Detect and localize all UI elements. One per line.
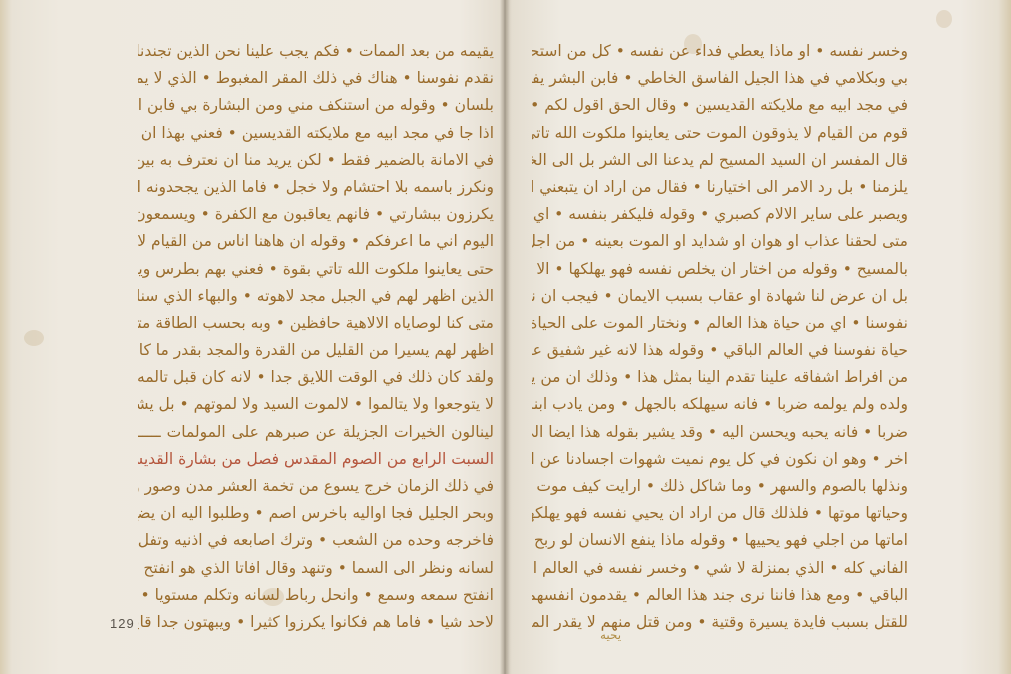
text-line: ويصبر على ساير الالام كصبري • وقوله فليك… (532, 201, 908, 228)
left-page-text: يقيمه من بعد الممات • فكم يجب علينا نحن … (138, 38, 494, 636)
text-line: اظهر لهم يسيرا من القليل من القدرة والمج… (138, 337, 494, 364)
text-line: الفاني كله • الذي بمنزلة لا شي • وخسر نف… (532, 555, 908, 582)
text-line: نفوسنا • اي من حياة هذا العالم • ونختار … (532, 310, 908, 337)
text-line: وخسر نفسه • او ماذا يعطي فداء عن نفسه • … (532, 38, 908, 65)
catchword: يحيه (600, 628, 621, 642)
text-line: فاخرجه وحده من الشعب • وترك اصابعه في اذ… (138, 527, 494, 554)
text-line: نقدم نفوسنا • هناك في ذلك المقر المغبوط … (138, 65, 494, 92)
text-line: انفتح سمعه وسمع • وانحل رباط لسانه وتكلم… (138, 582, 494, 609)
text-line: في الامانة بالضمير فقط • لكن يريد منا ان… (138, 147, 494, 174)
text-line: ونذلها بالصوم والسهر • وما شاكل ذلك • ار… (532, 473, 908, 500)
text-line: بلسان • وقوله من استنكف مني ومن البشارة … (138, 92, 494, 119)
text-line: اخر • وهو ان نكون في كل يوم نميت شهوات ا… (532, 446, 908, 473)
text-line: لسانه ونظر الى السما • وتنهد وقال افاتا … (138, 555, 494, 582)
text-line: ونكرز باسمه بلا احتشام ولا خجل • فاما ال… (138, 174, 494, 201)
text-line: متى كنا لوصاياه الالاهية حافظين • وبه بح… (138, 310, 494, 337)
text-line: وبحر الجليل فجا اواليه باخرس اصم • وطلبو… (138, 500, 494, 527)
right-page-text: وخسر نفسه • او ماذا يعطي فداء عن نفسه • … (532, 38, 908, 636)
text-line: لينالون الخيرات الجزيلة عن صبرهم على الم… (138, 419, 494, 446)
text-line: ولده ولم يولمه ضربا • فانه سيهلكه بالجهل… (532, 391, 908, 418)
text-line: الذين اظهر لهم في الجبل مجد لاهوته • وال… (138, 283, 494, 310)
text-line: اذا جا في مجد ابيه مع ملايكته القديسين •… (138, 120, 494, 147)
left-page: يقيمه من بعد الممات • فكم يجب علينا نحن … (0, 0, 505, 674)
text-line: قوم من القيام لا يذوقون الموت حتى يعاينو… (532, 120, 908, 147)
text-line: وحياتها موتها • فلذلك قال من اراد ان يحي… (532, 500, 908, 527)
text-line: ضربا • فانه يحبه ويحسن اليه • وقد يشير ب… (532, 419, 908, 446)
text-line: في ذلك الزمان خرج يسوع من تخمة العشر مدن… (138, 473, 494, 500)
text-line: اماتها من اجلي فهو يحييها • وقوله ماذا ي… (532, 527, 908, 554)
text-line: في مجد ابيه مع ملايكته القديسين • وقال ا… (532, 92, 908, 119)
text-line: حياة نفوسنا في العالم الباقي • وقوله هذا… (532, 337, 908, 364)
text-line: بل ان عرض لنا شهادة او عقاب بسبب الايمان… (532, 283, 908, 310)
rubric-heading: السبت الرابع من الصوم المقدس فصل من بشار… (138, 446, 494, 473)
text-line: حتى يعاينوا ملكوت الله تاتي بقوة • فعني … (138, 256, 494, 283)
text-line: اليوم اني ما اعرفكم • وقوله ان هاهنا انا… (138, 228, 494, 255)
text-line: يقيمه من بعد الممات • فكم يجب علينا نحن … (138, 38, 494, 65)
text-line: يلزمنا • بل رد الامر الى اختيارنا • فقال… (532, 174, 908, 201)
text-line: ولقد كان ذلك في الوقت اللايق جدا • لانه … (138, 364, 494, 391)
text-line: متى لحقنا عذاب او هوان او شدايد او الموت… (532, 228, 908, 255)
right-page: وخسر نفسه • او ماذا يعطي فداء عن نفسه • … (506, 0, 1011, 674)
text-line: بالمسيح • وقوله من اختار ان يخلص نفسه فه… (532, 256, 908, 283)
text-line: قال المفسر ان السيد المسيح لم يدعنا الى … (532, 147, 908, 174)
text-line: لاحد شيا • فاما هم فكانوا يكرزوا كثيرا •… (138, 609, 494, 636)
folio-number: 129 (110, 616, 135, 631)
text-line: يكرزون ببشارتي • فانهم يعاقبون مع الكفرة… (138, 201, 494, 228)
manuscript-spread: يقيمه من بعد الممات • فكم يجب علينا نحن … (0, 0, 1011, 674)
text-line: الباقي • ومع هذا فاننا نرى جند هذا العال… (532, 582, 908, 609)
text-line: بي وبكلامي في هذا الجيل الفاسق الخاطي • … (532, 65, 908, 92)
text-line: لا يتوجعوا ولا يتالموا • لالموت السيد ول… (138, 391, 494, 418)
text-line: للقتل بسبب فايدة يسيرة وقتية • ومن قتل م… (532, 609, 908, 636)
text-line: من افراط اشفاقه علينا تقدم الينا بمثل هذ… (532, 364, 908, 391)
